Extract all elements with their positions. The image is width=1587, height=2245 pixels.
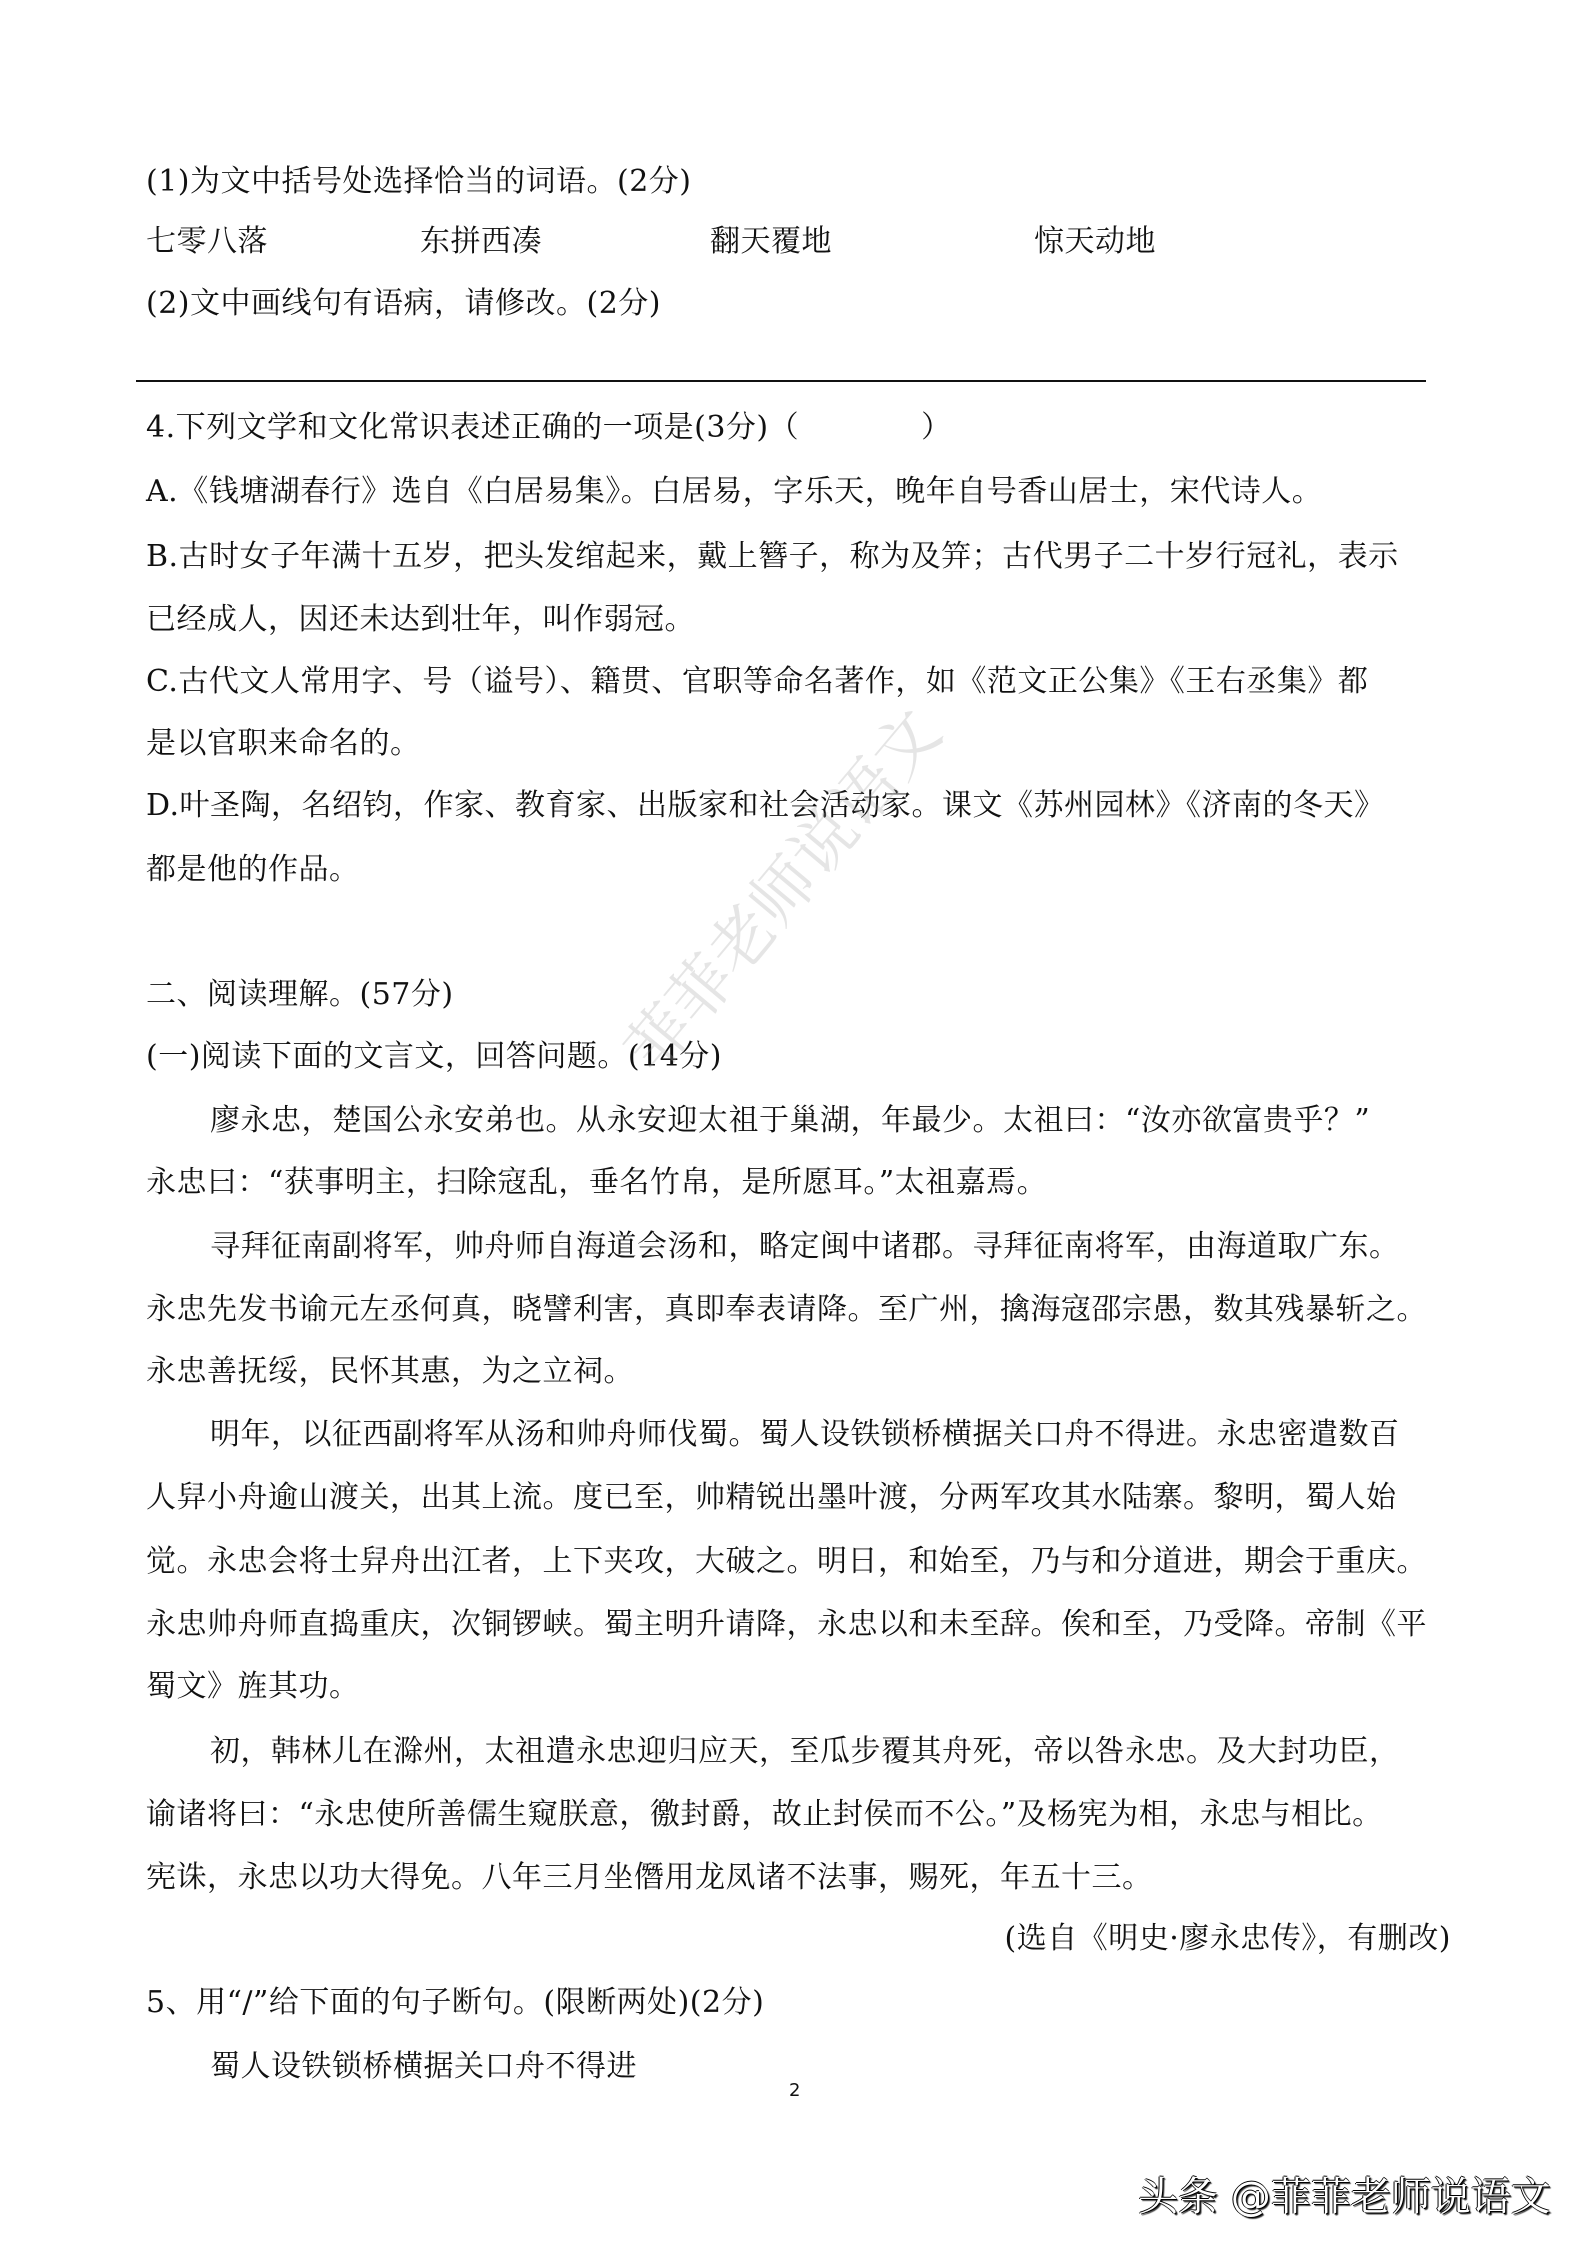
passage-line: 廖永忠，楚国公永安弟也。从永安迎太祖于巢湖，年最少。太祖曰：“汝亦欲富贵乎？” <box>210 1101 1370 1141</box>
q4-option-d-line2: 都是他的作品。 <box>146 850 360 890</box>
passage-line: 谕诸将曰：“永忠使所善儒生窥朕意，徼封爵，故止封侯而不公。”及杨宪为相，永忠与相… <box>146 1795 1383 1835</box>
option-2: 东拼西凑 <box>420 222 542 262</box>
passage-line: 寻拜征南副将军，帅舟师自海道会汤和，略定闽中诸郡。寻拜征南将军，由海道取广东。 <box>210 1227 1400 1267</box>
passage-line: 人舁小舟逾山渡关，出其上流。度已至，帅精锐出墨叶渡，分两军攻其水陆寨。黎明，蜀人… <box>146 1478 1397 1518</box>
q4-option-b-line2: 已经成人，因还未达到壮年，叫作弱冠。 <box>146 600 695 640</box>
option-4: 惊天动地 <box>1034 222 1156 262</box>
section2-heading: 二、阅读理解。(57分) <box>146 975 454 1015</box>
passage-line: 明年，以征西副将军从汤和帅舟师伐蜀。蜀人设铁锁桥横据关口舟不得进。永忠密遣数百 <box>210 1415 1400 1455</box>
passage-line: 蜀文》旌其功。 <box>146 1667 360 1707</box>
q3-sub1: (1)为文中括号处选择恰当的词语。(2分) <box>146 162 692 202</box>
watermark: 菲菲老师说语文 <box>600 687 958 1089</box>
passage-line: 初，韩林儿在滁州，太祖遣永忠迎归应天，至瓜步覆其舟死，帝以咎永忠。及大封功臣， <box>210 1732 1400 1772</box>
credit-watermark: 头条 @菲菲老师说语文 <box>1138 2165 1551 2222</box>
passage-line: 宪诛，永忠以功大得免。八年三月坐僭用龙凤诸不法事，赐死，年五十三。 <box>146 1858 1153 1898</box>
passage-source: (选自《明史·廖永忠传》，有删改) <box>1005 1919 1451 1959</box>
passage-line: 永忠善抚绥，民怀其惠，为之立祠。 <box>146 1352 634 1392</box>
page-number: 2 <box>789 2080 800 2101</box>
q4-option-a: A.《钱塘湖春行》选自《白居易集》。白居易，字乐天，晚年自号香山居士，宋代诗人。 <box>146 472 1322 512</box>
q4-option-c-line1: C.古代文人常用字、号（谥号）、籍贯、官职等命名著作，如《范文正公集》《王右丞集… <box>146 662 1368 702</box>
option-1: 七零八落 <box>146 222 268 262</box>
passage-line: 永忠先发书谕元左丞何真，晓譬利害，真即奉表请降。至广州，擒海寇邵宗愚，数其残暴斩… <box>146 1290 1427 1330</box>
q4-option-d-line1: D.叶圣陶，名绍钧，作家、教育家、出版家和社会活动家。课文《苏州园林》《济南的冬… <box>146 786 1385 826</box>
passage-line: 永忠帅舟师直捣重庆，次铜锣峡。蜀主明升请降，永忠以和未至辞。俟和至，乃受降。帝制… <box>146 1605 1427 1645</box>
q5-stem: 5、用“/”给下面的句子断句。(限断两处)(2分) <box>146 1983 764 2023</box>
option-3: 翻天覆地 <box>710 222 832 262</box>
q4-option-c-line2: 是以官职来命名的。 <box>146 724 421 764</box>
q4-stem: 4.下列文学和文化常识表述正确的一项是(3分)（ ） <box>146 408 952 448</box>
q5-sentence: 蜀人设铁锁桥横据关口舟不得进 <box>210 2047 637 2087</box>
answer-line <box>136 380 1426 382</box>
q3-sub2: (2)文中画线句有语病，请修改。(2分) <box>146 284 661 324</box>
part1-heading: (一)阅读下面的文言文，回答问题。(14分) <box>146 1037 722 1077</box>
passage-line: 永忠曰：“获事明主，扫除寇乱，垂名竹帛，是所愿耳。”太祖嘉焉。 <box>146 1163 1047 1203</box>
passage-line: 觉。永忠会将士舁舟出江者，上下夹攻，大破之。明日，和始至，乃与和分道进，期会于重… <box>146 1542 1427 1582</box>
q4-option-b-line1: B.古时女子年满十五岁，把头发绾起来，戴上簪子，称为及笄；古代男子二十岁行冠礼，… <box>146 537 1399 577</box>
